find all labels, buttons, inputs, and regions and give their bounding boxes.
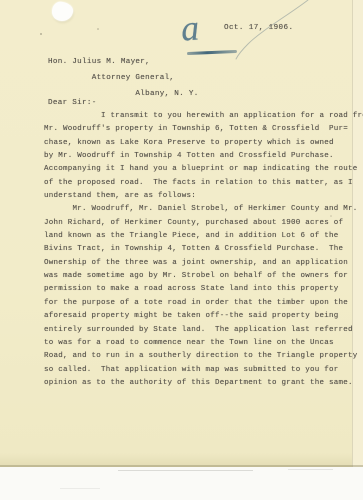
typed-line: Road, and to run in a southerly directio… <box>44 350 363 363</box>
typed-line: understand them, are as follows: <box>44 190 363 203</box>
typed-line: Ownership of the three was a joint owner… <box>44 257 363 270</box>
typed-line: so called. That application with map was… <box>44 364 363 377</box>
scan-smudge <box>60 488 100 489</box>
typed-line: to was for a road to commence near the T… <box>44 337 363 350</box>
typed-line: Bivins Tract, in Township 4, Totten & Cr… <box>44 243 363 256</box>
letter-scan: a Oct. 17, 1906. Hon. Julius M. Mayer, A… <box>0 0 363 500</box>
paper-speck <box>40 33 42 35</box>
scan-smudge <box>118 470 253 471</box>
typed-line: permission to make a road across State l… <box>44 283 363 296</box>
typed-line: I transmit to you herewith an applicatio… <box>44 110 363 123</box>
letter-body: I transmit to you herewith an applicatio… <box>44 110 363 390</box>
typed-line: Mr. Woodruff, Mr. Daniel Strobel, of Her… <box>44 203 363 216</box>
typed-line: aforesaid property might be taken off--t… <box>44 310 363 323</box>
typed-line: Mr. Woodruff's property in Township 6, T… <box>44 123 363 136</box>
typed-line: chase, known as Lake Kora Preserve to pr… <box>44 137 363 150</box>
paper-speck <box>97 28 99 30</box>
recipient-address-block: Hon. Julius M. Mayer, Attorney General, … <box>48 54 199 102</box>
typed-line: was made sometime ago by Mr. Strobel on … <box>44 270 363 283</box>
typed-line: John Richard, of Herkimer County, purcha… <box>44 217 363 230</box>
letter-date: Oct. 17, 1906. <box>224 24 293 32</box>
handwritten-annotation-a: a <box>180 9 200 46</box>
salutation: Dear Sir:- <box>48 99 97 107</box>
scan-smudge <box>288 469 333 470</box>
typed-line: for the purpose of a tote road in order … <box>44 297 363 310</box>
typed-line: Accompanying it I hand you a blueprint o… <box>44 163 363 176</box>
typed-line: entirely surrounded by State land. The a… <box>44 324 363 337</box>
scanner-background <box>0 467 363 500</box>
typed-line: Hon. Julius M. Mayer, <box>48 54 199 70</box>
typed-line: land known as the Triangle Piece, and in… <box>44 230 363 243</box>
typed-line: Attorney General, <box>48 70 199 86</box>
typed-line: by Mr. Woodruff in Township 4 Totten and… <box>44 150 363 163</box>
typed-line: of the proposed road. The facts in relat… <box>44 177 363 190</box>
typed-line: opinion as to the authority of this Depa… <box>44 377 363 390</box>
